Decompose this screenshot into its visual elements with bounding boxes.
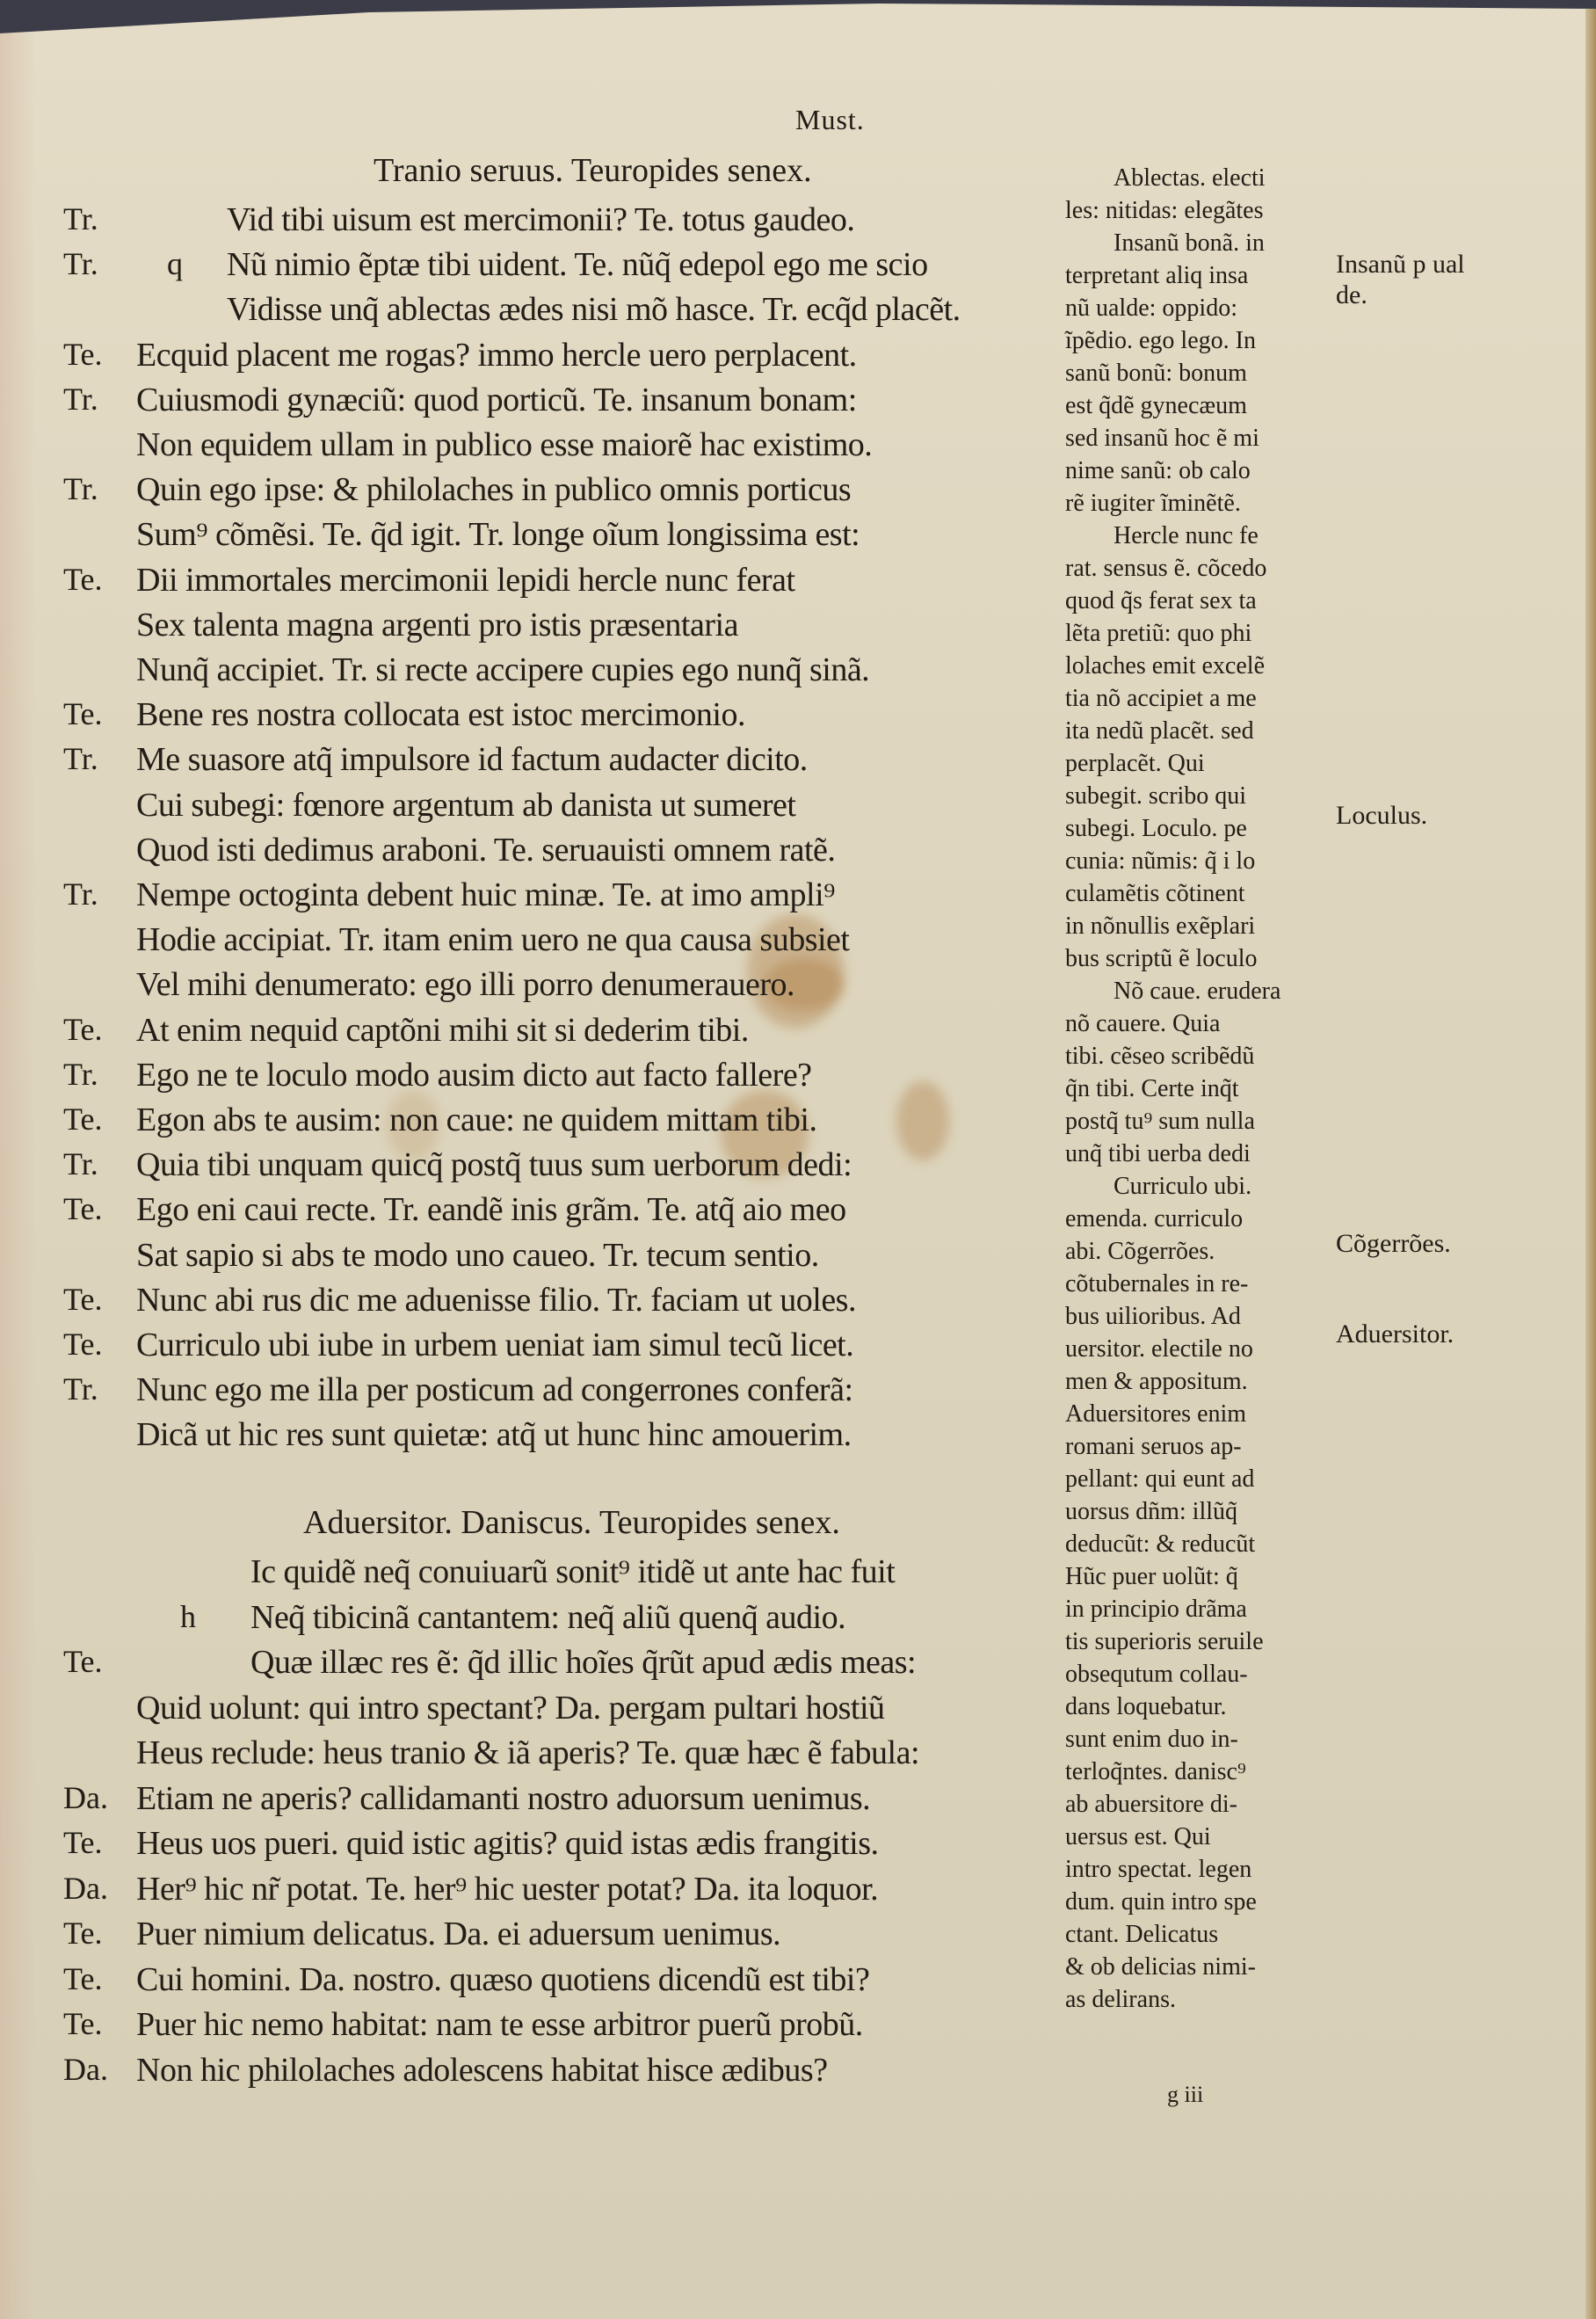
commentary-line: ita nedũ placẽt. sed [1065,715,1329,747]
commentary-line: terloq̃ntes. danisc⁹ [1065,1756,1329,1788]
verse-text: Ego eni caui recte. Tr. eandẽ inis grãm.… [136,1190,846,1229]
commentary-line: unq̃ tibi uerba dedi [1065,1138,1329,1170]
commentary-line: est q̃dẽ gynecæum [1065,389,1329,422]
commentary-line: bus uilioribus. Ad [1065,1300,1329,1333]
commentary-line: ctant. Delicatus [1065,1918,1329,1951]
scene-heading-1: Tranio seruus. Teuropides senex. [374,151,812,190]
verse-text: Nunc ego me illa per posticum ad congerr… [136,1370,853,1409]
commentary-line: deducũt: & reducũt [1065,1528,1329,1560]
commentary-line: les: nitidas: elegãtes [1065,194,1329,227]
commentary-line: postq̃ tu⁹ sum nulla [1065,1105,1329,1138]
sidenote: Loculus. [1336,800,1427,832]
speaker-label: Da. [63,1779,125,1816]
stain [896,1081,949,1160]
verse-text: Cuiusmodi gynæciũ: quod porticũ. Te. ins… [136,381,857,419]
verse-text: Non equidem ullam in publico esse maiorẽ… [136,425,872,464]
verse-text: Her⁹ hic nr̃ potat. Te. her⁹ hic uester … [136,1870,878,1908]
verse-text: Vel mihi denumerato: ego illi porro denu… [136,965,794,1004]
verse-text: Puer nimium delicatus. Da. ei aduersum u… [136,1915,780,1953]
commentary-line: tia nõ accipiet a me [1065,682,1329,715]
speaker-label: Tr. [63,740,125,777]
commentary-line: as delirans. [1065,1983,1329,2016]
speaker-label: Te. [63,2005,125,2042]
verse-text: Quin ego ipse: & philolaches in publico … [136,470,851,509]
commentary-line: Hũc puer uolũt: q̃ [1065,1560,1329,1593]
verse-text: Egon abs te ausim: non caue: ne quidem m… [136,1101,816,1139]
signature-mark: g iii [1167,2082,1203,2108]
commentary-line: uorsus dñm: illũq̃ [1065,1495,1329,1528]
verse-text: Non hic philolaches adolescens habitat h… [136,2051,828,2090]
speaker-label: Te. [63,695,125,732]
commentary-line: ab abuersitore di- [1065,1788,1329,1821]
commentary-line: & ob delicias nimi- [1065,1951,1329,1983]
commentary-line: uersus est. Qui [1065,1821,1329,1853]
verse-text: Quia tibi unquam quicq̃ postq̃ tuus sum … [136,1145,852,1184]
sidenote: Insanũ p ual [1336,249,1465,280]
sidenote: de. [1336,280,1367,311]
verse-text: Puer hic nemo habitat: nam te esse arbit… [136,2005,863,2044]
verse-text: Sum⁹ cõmẽsi. Te. q̃d igit. Tr. longe oĩu… [136,515,860,554]
verse-text: Quid uolunt: qui intro spectant? Da. per… [136,1689,885,1727]
commentary-line: cunia: nũmis: q̃ i lo [1065,845,1329,877]
speaker-label: Te. [63,561,125,598]
verse-text: Heus reclude: heus tranio & iã aperis? T… [136,1734,919,1772]
verse-text: Ego ne te loculo modo ausim dicto aut fa… [136,1056,812,1094]
speaker-label: Te. [63,1960,125,1997]
commentary-line: dans loquebatur. [1065,1690,1329,1723]
speaker-label: Te. [63,336,125,373]
verse-text: Etiam ne aperis? callidamanti nostro adu… [136,1779,870,1818]
commentary-line: Aduersitores enim [1065,1398,1329,1430]
verse-text: Hodie accipiat. Tr. itam enim uero ne qu… [136,920,849,959]
commentary-line: sunt enim duo in- [1065,1723,1329,1756]
commentary-column: Ablectas. electiles: nitidas: elegãtesIn… [1065,162,1329,2016]
commentary-line: terpretant aliq insa [1065,259,1329,292]
running-head: Must. [795,104,865,136]
commentary-line: Ablectas. electi [1065,162,1329,194]
speaker-label: Te. [63,1643,125,1680]
commentary-line: tis superioris seruile [1065,1625,1329,1658]
verse-text: Sat sapio si abs te modo uno caueo. Tr. … [136,1236,819,1275]
sidenote: Cõgerrões. [1336,1228,1451,1260]
commentary-line: dum. quin intro spe [1065,1886,1329,1918]
speaker-label: Da. [63,2051,125,2088]
verse-text: Cui subegi: fœnore argentum ab danista u… [136,786,795,825]
commentary-line: bus scriptũ ẽ loculo [1065,942,1329,975]
verse-text: Nempe octoginta debent huic minæ. Te. at… [136,876,835,914]
speaker-label: Tr. [63,1056,125,1093]
commentary-line: lẽta pretiũ: quo phi [1065,617,1329,650]
commentary-line: sed insanũ hoc ẽ mi [1065,422,1329,454]
commentary-line: perplacẽt. Qui [1065,747,1329,780]
speaker-label: Tr. [63,381,125,418]
speaker-label: Da. [63,1870,125,1907]
commentary-line: nũ ualde: oppido: [1065,292,1329,324]
commentary-line: sanũ bonũ: bonum [1065,357,1329,389]
commentary-line: quod q̃s ferat sex ta [1065,585,1329,617]
commentary-line: Curriculo ubi. [1065,1170,1329,1203]
commentary-line: culamẽtis cõtinent [1065,877,1329,910]
commentary-line: obsequtum collau- [1065,1658,1329,1690]
verse-text: Nũ nimio ẽptæ tibi uident. Te. nũq̃ edep… [227,245,928,284]
verse-text: Dii immortales mercimonii lepidi hercle … [136,561,795,600]
commentary-line: subegit. scribo qui [1065,780,1329,812]
speaker-label: Tr. [63,1145,125,1182]
commentary-line: q̃n tibi. Certe inq̃t [1065,1072,1329,1105]
verse-text: Dicã ut hic res sunt quietæ: atq̃ ut hun… [136,1415,852,1454]
commentary-line: emenda. curriculo [1065,1203,1329,1235]
verse-text: Quæ illæc res ẽ: q̃d illic hoĩes q̃rũt a… [250,1643,916,1682]
speaker-label: Te. [63,1281,125,1318]
verse-text: Vidisse unq̃ ablectas ædes nisi mõ hasce… [227,290,961,329]
commentary-line: men & appositum. [1065,1365,1329,1398]
speaker-label: Tr. [63,470,125,507]
commentary-line: pellant: qui eunt ad [1065,1463,1329,1495]
commentary-line: nime sanũ: ob calo [1065,454,1329,487]
commentary-line: rat. sensus ẽ. cõcedo [1065,552,1329,585]
commentary-line: ĩpẽdio. ego lego. In [1065,324,1329,357]
verse-text: Nunc abi rus dic me aduenisse filio. Tr.… [136,1281,856,1319]
commentary-line: romani seruos ap- [1065,1430,1329,1463]
speaker-label: Te. [63,1190,125,1227]
verse-text: Vid tibi uisum est mercimonii? Te. totus… [227,200,854,239]
verse-text: Bene res nostra collocata est istoc merc… [136,695,745,734]
commentary-line: in principio drãma [1065,1593,1329,1625]
commentary-line: nõ cauere. Quia [1065,1007,1329,1040]
commentary-line: Nõ caue. erudera [1065,975,1329,1007]
commentary-line: Hercle nunc fe [1065,520,1329,552]
commentary-line: subegi. Loculo. pe [1065,812,1329,845]
verse-text: Neq̃ tibicinã cantantem: neq̃ aliũ quenq… [250,1598,845,1637]
marginal-marker: h [180,1598,196,1635]
sidenote: Aduersitor. [1336,1319,1454,1350]
verse-text: At enim nequid captõni mihi sit si deder… [136,1011,749,1050]
speaker-label: Tr. [63,876,125,912]
commentary-line: abi. Cõgerrões. [1065,1235,1329,1268]
speaker-label: Tr. [63,200,125,237]
book-page: Must. Tranio seruus. Teuropides senex. T… [0,0,1596,2319]
scene-heading-2: Aduersitor. Daniscus. Teuropides senex. [303,1503,840,1542]
verse-text: Ecquid placent me rogas? immo hercle uer… [136,336,857,374]
commentary-line: in nõnullis exẽplari [1065,910,1329,942]
speaker-label: Te. [63,1824,125,1861]
verse-text: Cui homini. Da. nostro. quæso quotiens d… [136,1960,869,1999]
commentary-line: rẽ iugiter ĩminẽtẽ. [1065,487,1329,520]
verse-text: Nunq̃ accipiet. Tr. si recte accipere cu… [136,651,869,689]
speaker-label: Te. [63,1326,125,1363]
verse-text: Sex talenta magna argenti pro istis præs… [136,606,738,644]
speaker-label: Te. [63,1915,125,1952]
commentary-line: Insanũ bonã. in [1065,227,1329,259]
page-edge [1585,0,1596,2319]
marginal-marker: q [167,245,183,282]
verse-text: Heus uos pueri. quid istic agitis? quid … [136,1824,878,1863]
speaker-label: Tr. [63,1370,125,1407]
verse-text: Curriculo ubi iube in urbem ueniat iam s… [136,1326,853,1364]
commentary-line: lolaches emit excelẽ [1065,650,1329,682]
speaker-label: Te. [63,1011,125,1048]
commentary-line: tibi. cẽseo scribẽdũ [1065,1040,1329,1072]
speaker-label: Tr. [63,245,125,282]
commentary-line: uersitor. electile no [1065,1333,1329,1365]
verse-text: Me suasore atq̃ impulsore id factum auda… [136,740,808,779]
verse-text: Ic quidẽ neq̃ conuiuarũ sonit⁹ itidẽ ut … [250,1552,895,1591]
speaker-label: Te. [63,1101,125,1138]
commentary-line: cõtubernales in re- [1065,1268,1329,1300]
commentary-line: intro spectat. legen [1065,1853,1329,1886]
verse-text: Quod isti dedimus araboni. Te. seruauist… [136,831,835,869]
